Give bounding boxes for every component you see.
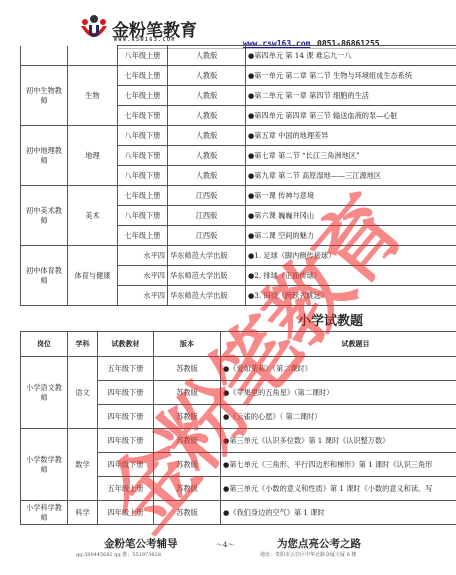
edition-cell: 人教版 [168,146,246,166]
topic-cell: ●第七单元《三角形、平行四边形和梯形》第 1 课时《认识三角形 [221,453,456,477]
topic-cell: ●《苹果里的五角星》（第二课时） [221,381,456,405]
table-row: 小学数学教师 数学 四年级下册 苏教版 ●第三单元《认识多位数》第 1 课时《认… [21,429,456,453]
table-row: 初中生物教师 生物 七年级上册 人教版 ●第一单元 第二章 第二节 生物与环境组… [21,66,456,86]
topic-cell: ●第二单元 第一章 第四节 细胞的生活 [246,86,456,106]
textbook-cell: 八年级下册 [118,126,168,146]
edition-cell: 人教版 [168,126,246,146]
header-edition: 版本 [154,332,221,357]
topic-cell: ●第四单元 第四章 第三节 输送血液的泵—心脏 [246,106,456,126]
edition-cell: 江西版 [168,226,246,246]
position-cell: 初中体育教师 [21,246,68,306]
subject-cell: 科学 [68,501,98,525]
topic-cell: ●第三单元《认识多位数》第 1 课时《认识整万数》 [221,429,456,453]
edition-cell: 华东师范大学出版 [168,246,246,266]
header-textbook: 试教教材 [98,332,154,357]
edition-cell: 苏教版 [154,381,221,405]
topic-cell: ●3. 田径（跨跃式跳远） [246,286,456,306]
textbook-cell: 七年级上册 [118,186,168,206]
textbook-cell: 四年级下册 [98,381,154,405]
section-title: 小学试教题 [298,310,363,329]
edition-cell: 苏教版 [154,429,221,453]
table-row: 初中美术教师 美术 七年级上册 江西版 ●第一课 传神与意境 [21,186,456,206]
textbook-cell: 水平四 [118,286,168,306]
edition-cell: 华东师范大学出版 [168,286,246,306]
subject-cell: 地理 [68,126,118,186]
textbook-cell: 八年级下册 [118,146,168,166]
topic-cell: ●《我们身边的空气》第 1 课时 [221,501,456,525]
page-number: ～4～ [216,540,234,550]
edition-cell: 华东师范大学出版 [168,266,246,286]
table-row: 小学科学教师 科学 四年级上册 苏教版 ●《我们身边的空气》第 1 课时 [21,501,456,525]
footer-address: 地址：贵阳市云岩区中华北路众厦大厦 6 楼 [260,551,356,558]
footer-qq: qq:380445682 qq 群：551973828 [76,551,161,558]
topic-cell: ●第六课 巍巍井冈山 [246,206,456,226]
textbook-cell: 四年级上册 [98,501,154,525]
textbook-cell: 四年级下册 [98,405,154,429]
subject-cell: 数学 [68,429,98,501]
textbook-cell: 水平四 [118,266,168,286]
topic-cell: ●第九章 第二节 高原湿地——三江源地区 [246,166,456,186]
position-cell: 小学科学教师 [21,501,68,525]
edition-cell: 苏教版 [154,405,221,429]
topic-cell: ●《爱如茉莉》（第二课时） [221,357,456,381]
edition-cell: 苏教版 [154,501,221,525]
topic-cell: ●1. 足球（脚内侧传接球） [246,246,456,266]
edition-cell: 江西版 [168,206,246,226]
topic-cell: ●第二课 空间的魅力 [246,226,456,246]
textbook-cell: 七年级下册 [118,106,168,126]
edition-cell: 人教版 [168,106,246,126]
position-cell: 初中生物教师 [21,66,68,126]
edition-cell: 人教版 [168,86,246,106]
position-cell: 小学数学教师 [21,429,68,501]
logo-subtitle: WWW.RSW163.COM [114,37,176,43]
position-cell: 初中地理教师 [21,126,68,186]
edition-cell: 苏教版 [154,357,221,381]
header-topic: 试教题目 [221,332,456,357]
textbook-cell: 七年级上册 [118,86,168,106]
textbook-cell: 五年级上册 [98,477,154,501]
primary-school-table: 岗位 学科 试教教材 版本 试教题目 小学语文教师 语文 五年级下册 苏教版 ●… [20,331,456,525]
table-row: 初中地理教师 地理 八年级下册 人教版 ●第五章 中国的地理差异 [21,126,456,146]
topic-cell: ●第五章 中国的地理差异 [246,126,456,146]
edition-cell: 人教版 [168,46,246,66]
subject-cell: 语文 [68,357,98,429]
header-position: 岗位 [21,332,68,357]
topic-cell: ●《云雀的心愿》（ 第二课时） [221,405,456,429]
textbook-cell: 五年级下册 [98,357,154,381]
topic-cell: ●第四单元 第 14 课 难忘九一八 [246,46,456,66]
logo-mark-icon [80,14,108,44]
textbook-cell: 四年级下册 [98,453,154,477]
edition-cell: 苏教版 [154,453,221,477]
topic-cell: ●第一单元 第二章 第二节 生物与环境组成生态系统 [246,66,456,86]
topic-cell: ●2. 排球（正面传球） [246,266,456,286]
table-row: 八年级上册 人教版 ●第四单元 第 14 课 难忘九一八 [21,46,456,66]
textbook-cell: 八年级下册 [118,166,168,186]
table-row: 初中体育教师 体育与健康 水平四 华东师范大学出版 ●1. 足球（脚内侧传接球） [21,246,456,266]
subject-cell: 体育与健康 [68,246,118,306]
topic-cell: ●第三单元《小数的意义和性质》第 1 课时《小数的意义和读、写 [221,477,456,501]
footer-right-slogan: 为您点亮公考之路 [277,536,361,551]
subject-cell [68,46,118,66]
table-row: 小学语文教师 语文 五年级下册 苏教版 ●《爱如茉莉》（第二课时） [21,357,456,381]
middle-school-table: 八年级上册 人教版 ●第四单元 第 14 课 难忘九一八 初中生物教师 生物 七… [20,45,456,306]
textbook-cell: 水平四 [118,246,168,266]
table-header-row: 岗位 学科 试教教材 版本 试教题目 [21,332,456,357]
topic-cell: ●第七章 第二节 “长江三角洲地区” [246,146,456,166]
position-cell [21,46,68,66]
textbook-cell: 四年级下册 [98,429,154,453]
textbook-cell: 八年级上册 [118,46,168,66]
footer-left-slogan: 金粉笔公考辅导 [104,536,178,551]
edition-cell: 江西版 [168,186,246,206]
header-subject: 学科 [68,332,98,357]
textbook-cell: 七年级上册 [118,66,168,86]
position-cell: 小学语文教师 [21,357,68,429]
topic-cell: ●第一课 传神与意境 [246,186,456,206]
textbook-cell: 八年级下册 [118,206,168,226]
edition-cell: 人教版 [168,66,246,86]
edition-cell: 人教版 [168,166,246,186]
subject-cell: 生物 [68,66,118,126]
subject-cell: 美术 [68,186,118,246]
edition-cell: 苏教版 [154,477,221,501]
position-cell: 初中美术教师 [21,186,68,246]
textbook-cell: 七年级上册 [118,226,168,246]
